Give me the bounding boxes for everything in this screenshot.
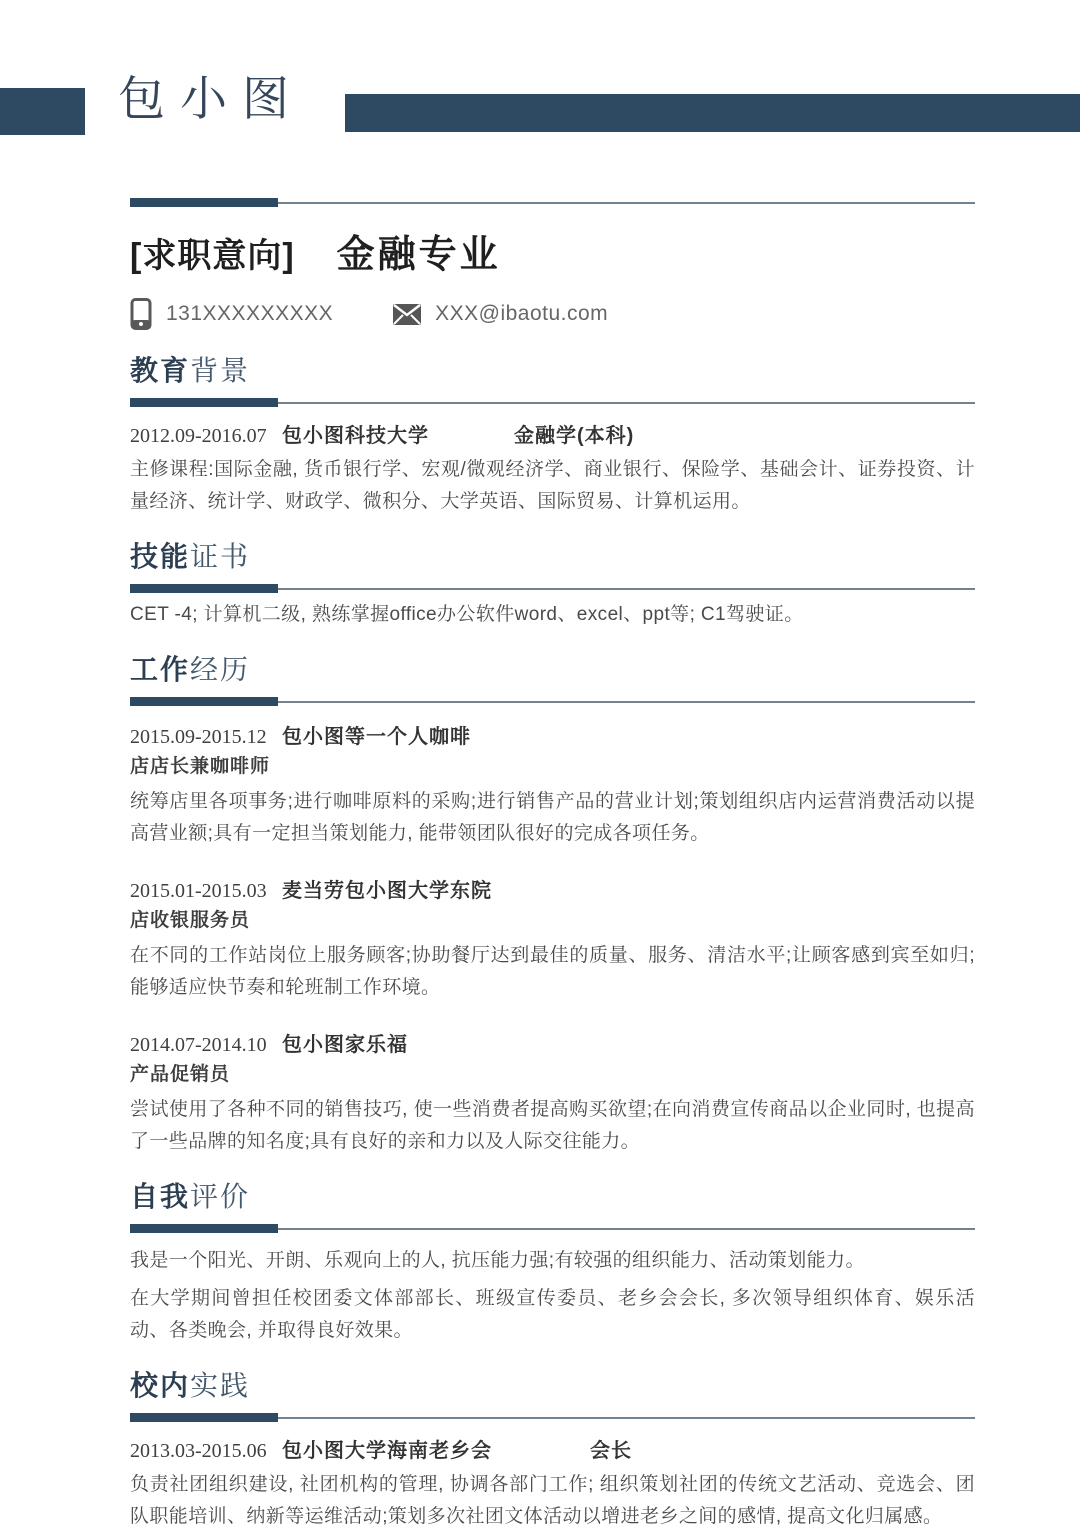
job-intent-label: [求职意向]	[130, 228, 295, 277]
work-entry: 2015.09-2015.12 包小图等一个人咖啡 店店长兼咖啡师 统筹店里各项…	[130, 720, 975, 850]
work-entry: 2015.01-2015.03 麦当劳包小图大学东院 店收银服务员 在不同的工作…	[130, 874, 975, 1004]
education-entry: 2012.09-2016.07 包小图科技大学 金融学(本科)	[130, 419, 975, 448]
work-role: 店店长兼咖啡师	[130, 753, 975, 780]
work-company: 包小图等一个人咖啡	[282, 720, 471, 749]
work-entry-header: 2015.01-2015.03 麦当劳包小图大学东院	[130, 874, 975, 903]
work-date: 2014.07-2014.10	[130, 1034, 282, 1057]
self-eval-title: 自我评价	[130, 1180, 975, 1214]
rule-thin-segment	[278, 402, 975, 404]
self-eval-title-bold: 自我	[130, 1181, 190, 1212]
phone-number: 131XXXXXXXXX	[166, 302, 333, 326]
campus-title-light: 实践	[190, 1370, 250, 1401]
contact-row: 131XXXXXXXXX XXX@ibaotu.com	[130, 298, 975, 330]
campus-description: 负责社团组织建设, 社团机构的管理, 协调各部门工作; 组织策划社团的传统文艺活…	[130, 1469, 975, 1526]
campus-title: 校内实践	[130, 1369, 975, 1403]
campus-date: 2013.03-2015.06	[130, 1440, 282, 1463]
rule-thick-segment	[130, 697, 278, 706]
section-job-intent: [求职意向] 金融专业 131XXXXXXXXX	[130, 198, 975, 330]
education-title-bold: 教育	[130, 355, 190, 386]
rule-thin-segment	[278, 588, 975, 590]
section-rule	[130, 584, 975, 593]
self-eval-line: 我是一个阳光、开朗、乐观向上的人, 抗压能力强;有较强的组织能力、活动策划能力。	[130, 1245, 975, 1277]
job-intent-heading: [求职意向] 金融专业	[130, 223, 975, 278]
section-education: 教育背景 2012.09-2016.07 包小图科技大学 金融学(本科) 主修课…	[130, 354, 975, 518]
section-rule	[130, 1413, 975, 1422]
section-rule	[130, 198, 975, 207]
section-rule	[130, 697, 975, 706]
mail-icon	[393, 304, 421, 325]
section-self-eval: 自我评价 我是一个阳光、开朗、乐观向上的人, 抗压能力强;有较强的组织能力、活动…	[130, 1180, 975, 1347]
rule-thin-segment	[278, 1417, 975, 1419]
work-title-light: 经历	[190, 654, 250, 685]
rule-thick-segment	[130, 1413, 278, 1422]
campus-entry: 2013.03-2015.06 包小图大学海南老乡会 会长	[130, 1434, 975, 1463]
self-eval-title-light: 评价	[190, 1181, 250, 1212]
header-accent-bar-right	[345, 94, 1080, 132]
education-title: 教育背景	[130, 354, 975, 388]
education-school: 包小图科技大学	[282, 419, 514, 448]
rule-thick-segment	[130, 1224, 278, 1233]
phone-icon	[130, 298, 152, 330]
campus-role: 会长	[590, 1434, 632, 1463]
resume-page: 包小图 [求职意向] 金融专业 131XXXXXXXXX	[0, 0, 1080, 1526]
skills-text: CET -4; 计算机二级, 熟练掌握office办公软件word、excel、…	[130, 599, 975, 631]
rule-thin-segment	[278, 1228, 975, 1230]
campus-title-bold: 校内	[130, 1370, 190, 1401]
work-company: 包小图家乐福	[282, 1028, 408, 1057]
work-entry-header: 2015.09-2015.12 包小图等一个人咖啡	[130, 720, 975, 749]
section-work: 工作经历 2015.09-2015.12 包小图等一个人咖啡 店店长兼咖啡师 统…	[130, 653, 975, 1158]
work-role: 产品促销员	[130, 1061, 975, 1088]
education-major: 金融学(本科)	[514, 419, 634, 448]
candidate-name: 包小图	[118, 66, 304, 132]
education-date: 2012.09-2016.07	[130, 425, 282, 448]
rule-thin-segment	[278, 701, 975, 703]
section-rule	[130, 1224, 975, 1233]
email-address: XXX@ibaotu.com	[435, 302, 608, 326]
work-title-bold: 工作	[130, 654, 190, 685]
section-skills: 技能证书 CET -4; 计算机二级, 熟练掌握office办公软件word、e…	[130, 540, 975, 631]
education-courses: 主修课程:国际金融, 货币银行学、宏观/微观经济学、商业银行、保险学、基础会计、…	[130, 454, 975, 518]
resume-content: [求职意向] 金融专业 131XXXXXXXXX	[130, 198, 975, 1526]
work-entry: 2014.07-2014.10 包小图家乐福 产品促销员 尝试使用了各种不同的销…	[130, 1028, 975, 1158]
rule-thick-segment	[130, 398, 278, 407]
work-description: 尝试使用了各种不同的销售技巧, 使一些消费者提高购买欲望;在向消费宣传商品以企业…	[130, 1094, 975, 1158]
education-title-light: 背景	[190, 355, 250, 386]
section-campus: 校内实践 2013.03-2015.06 包小图大学海南老乡会 会长 负责社团组…	[130, 1369, 975, 1526]
skills-title-bold: 技能	[130, 541, 190, 572]
campus-organization: 包小图大学海南老乡会	[282, 1434, 590, 1463]
work-description: 在不同的工作站岗位上服务顾客;协助餐厅达到最佳的质量、服务、清洁水平;让顾客感到…	[130, 940, 975, 1004]
work-entry-header: 2014.07-2014.10 包小图家乐福	[130, 1028, 975, 1057]
job-intent-target: 金融专业	[337, 223, 501, 278]
work-description: 统筹店里各项事务;进行咖啡原料的采购;进行销售产品的营业计划;策划组织店内运营消…	[130, 786, 975, 850]
work-date: 2015.01-2015.03	[130, 880, 282, 903]
work-title: 工作经历	[130, 653, 975, 687]
work-company: 麦当劳包小图大学东院	[282, 874, 492, 903]
skills-title: 技能证书	[130, 540, 975, 574]
rule-thick-segment	[130, 584, 278, 593]
rule-thin-segment	[278, 202, 975, 204]
work-date: 2015.09-2015.12	[130, 726, 282, 749]
self-eval-line: 在大学期间曾担任校团委文体部部长、班级宣传委员、老乡会会长, 多次领导组织体育、…	[130, 1283, 975, 1347]
work-role: 店收银服务员	[130, 907, 975, 934]
header-accent-block-left	[0, 88, 85, 135]
skills-title-light: 证书	[190, 541, 250, 572]
contact-email: XXX@ibaotu.com	[393, 302, 608, 326]
rule-thick-segment	[130, 198, 278, 207]
section-rule	[130, 398, 975, 407]
contact-phone: 131XXXXXXXXX	[130, 298, 333, 330]
